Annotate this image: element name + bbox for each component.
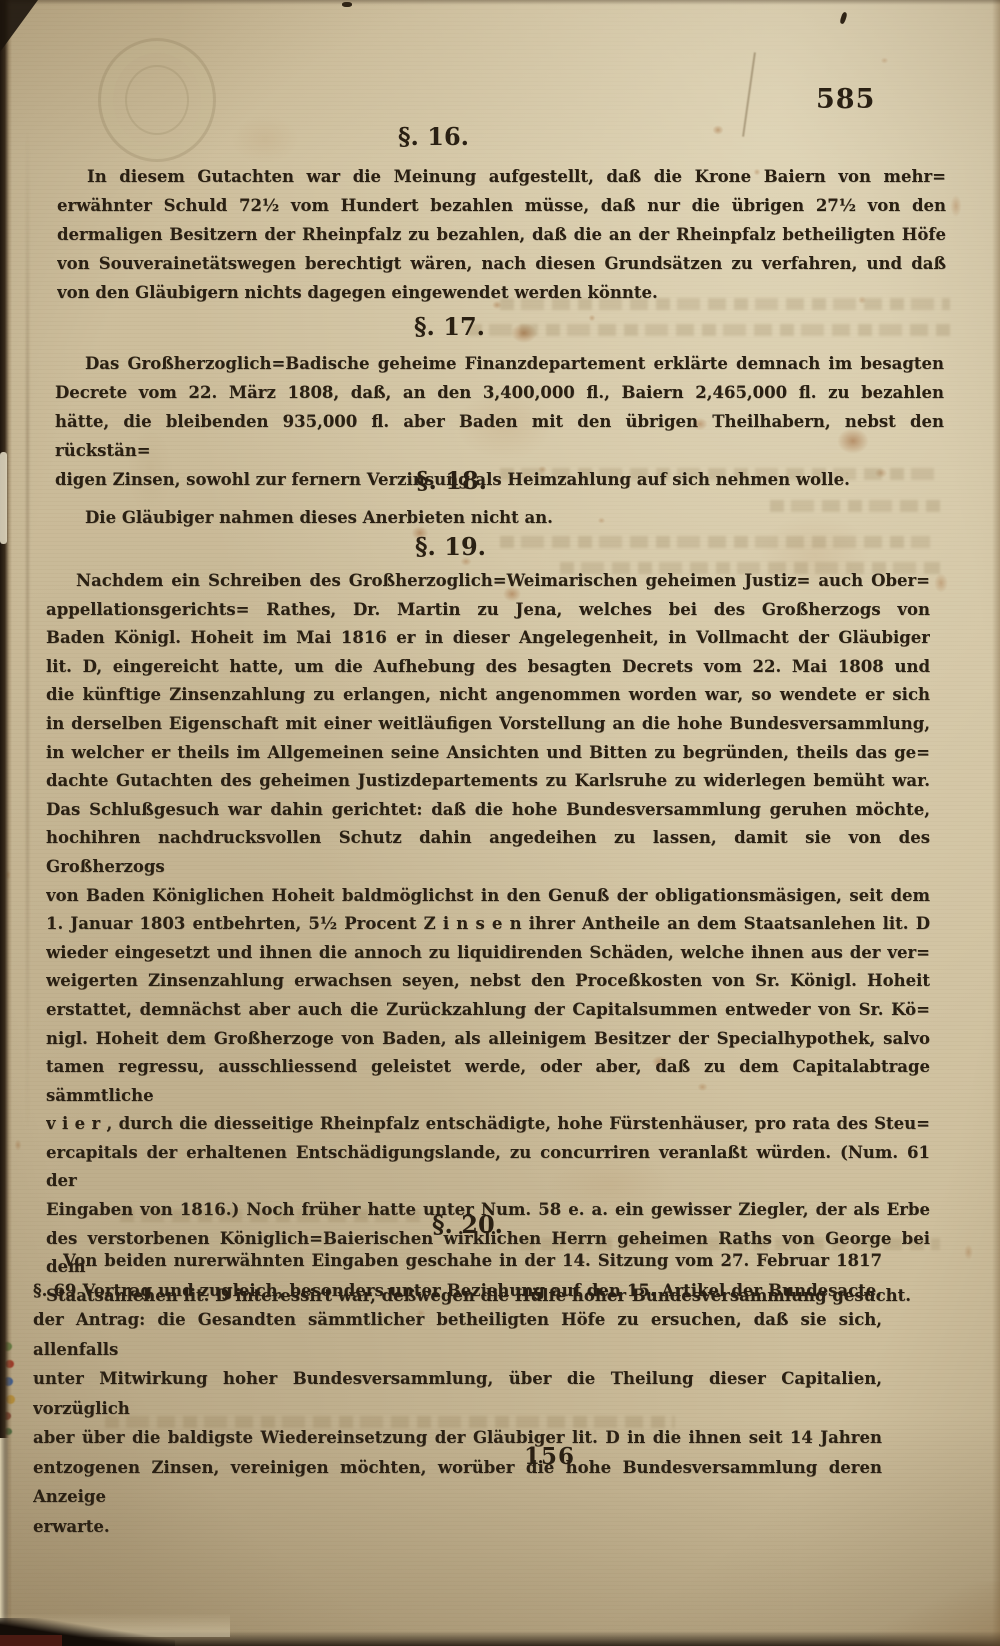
text-line: unter Mitwirkung hoher Bundesversammlung… (33, 1364, 882, 1423)
corner-shadow (870, 1582, 1000, 1646)
page-top-edge (0, 0, 1000, 5)
text-line: in derselben Eigenschaft mit einer weitl… (46, 710, 930, 739)
text-line: von den Gläubigern nichts dagegen eingew… (57, 278, 946, 307)
text-line: ercapitals der erhaltenen Entschädigungs… (46, 1139, 930, 1196)
section-heading-17: §. 17. (414, 312, 485, 341)
text-line: der Antrag: die Gesandten sämmtlicher be… (33, 1305, 882, 1364)
text-line: Von beiden nurerwähnten Eingaben geschah… (33, 1246, 882, 1276)
text-line: Das Schlußgesuch war dahin gerichtet: da… (46, 796, 930, 825)
bleed-through-text (500, 536, 930, 548)
text-line: v i e r , durch die diesseitige Rheinpfa… (46, 1110, 930, 1139)
text-line: entzogenen Zinsen, vereinigen möchten, w… (33, 1453, 882, 1512)
paragraph-17: Das Großherzoglich=Badische geheime Fina… (55, 349, 944, 494)
text-line: in welcher er theils im Allgemeinen sein… (46, 739, 930, 768)
book-cover-glimpse (0, 1635, 62, 1646)
section-heading-18: §. 18. (416, 466, 487, 495)
paragraph-19: Nachdem ein Schreiben des Großherzoglich… (46, 567, 930, 1310)
edge-highlight (0, 1438, 10, 1634)
text-line: Decrete vom 22. März 1808, daß, an den 3… (55, 378, 944, 407)
text-line: weigerten Zinsenzahlung erwachsen seyen,… (46, 967, 930, 996)
text-line: dachte Gutachten des geheimen Justizdepa… (46, 767, 930, 796)
paragraph-16: In diesem Gutachten war die Meinung aufg… (57, 162, 946, 307)
text-line: tamen regressu, ausschliessend geleistet… (46, 1053, 930, 1110)
text-line: aber über die baldigste Wiedereinsetzung… (33, 1423, 882, 1453)
text-line: appellationsgerichts= Rathes, Dr. Martin… (46, 596, 930, 625)
text-line: die künftige Zinsenzahlung zu erlangen, … (46, 681, 930, 710)
text-line: hätte, die bleibenden 935,000 fl. aber B… (55, 407, 944, 465)
edge-highlight (0, 452, 7, 544)
paragraph-20: Von beiden nurerwähnten Eingaben geschah… (33, 1246, 882, 1541)
text-line: von Baden Königlichen Hoheit baldmöglich… (46, 882, 930, 911)
embossed-stamp-ghost (98, 38, 216, 162)
text-line: §. 69 Vortrag und zugleich, besonders un… (33, 1276, 882, 1306)
text-line: nigl. Hoheit dem Großherzoge von Baden, … (46, 1025, 930, 1054)
text-line: lit. D, eingereicht hatte, um die Aufheb… (46, 653, 930, 682)
text-line: digen Zinsen, sowohl zur fernern Verzins… (55, 465, 944, 494)
signature-mark: 156 (524, 1443, 575, 1470)
text-line: In diesem Gutachten war die Meinung aufg… (57, 162, 946, 191)
text-line: erstattet, demnächst aber auch die Zurüc… (46, 996, 930, 1025)
text-line: von Souverainetätswegen berechtigt wären… (57, 249, 946, 278)
section-heading-16: §. 16. (398, 122, 469, 151)
page-right-edge (992, 0, 1000, 1646)
text-line: dermaligen Besitzern der Rheinpfalz zu b… (57, 220, 946, 249)
text-line: wieder eingesetzt und ihnen die annoch z… (46, 939, 930, 968)
paragraph-18: Die Gläubiger nahmen dieses Anerbieten n… (55, 503, 944, 532)
bleed-through-text (468, 324, 953, 336)
text-line: 1. Januar 1803 entbehrten, 5½ Procent Z … (46, 910, 930, 939)
scanned-book-page: 585 §. 16. In diesem Gutachten war die M… (0, 0, 1000, 1646)
text-line: Das Großherzoglich=Badische geheime Fina… (55, 349, 944, 378)
dark-corner (0, 0, 38, 52)
text-line: erwähnter Schuld 72½ vom Hundert bezahle… (57, 191, 946, 220)
book-gutter-edge (0, 0, 12, 1646)
paper-crease (26, 130, 29, 1130)
text-line: hochihren nachdrucksvollen Schutz dahin … (46, 824, 930, 881)
section-heading-20: §. 20. (432, 1210, 503, 1239)
paper-crack (742, 52, 755, 136)
page-number: 585 (816, 84, 875, 115)
ink-speck (839, 12, 847, 25)
text-line: Baden Königl. Hoheit im Mai 1816 er in d… (46, 624, 930, 653)
section-heading-19: §. 19. (415, 532, 486, 561)
text-line: erwarte. (33, 1512, 882, 1542)
text-line: Nachdem ein Schreiben des Großherzoglich… (46, 567, 930, 596)
text-line: Die Gläubiger nahmen dieses Anerbieten n… (55, 503, 944, 532)
